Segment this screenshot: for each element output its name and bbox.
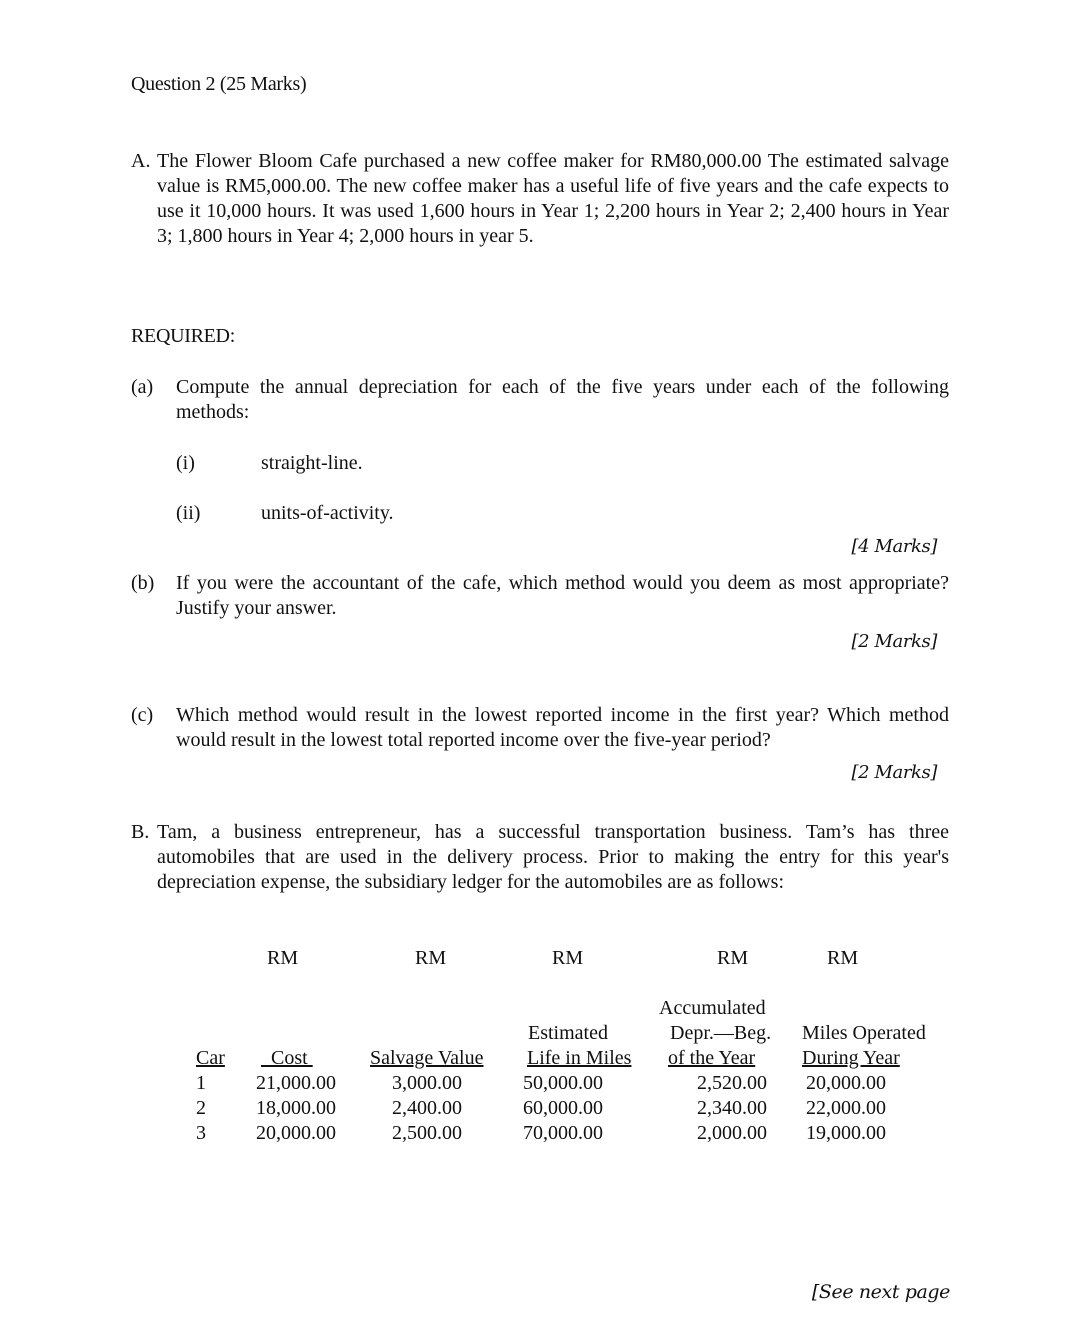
part-a-text: The Flower Bloom Cafe purchased a new co… <box>157 149 949 249</box>
table-row-2-car: 2 <box>196 1097 206 1120</box>
currency-header-life: RM <box>552 947 583 970</box>
header-life-line1: Estimated <box>528 1022 608 1045</box>
part-a-label: A. <box>131 149 150 174</box>
table-row-1-accum: 2,520.00 <box>697 1072 767 1095</box>
subitem-ii-text: units-of-activity. <box>261 502 394 525</box>
subitem-i-text: straight-line. <box>261 452 363 475</box>
currency-header-salvage: RM <box>415 947 446 970</box>
table-row-2-life: 60,000.00 <box>523 1097 603 1120</box>
part-a-paragraph: A. The Flower Bloom Cafe purchased a new… <box>131 149 949 249</box>
required-heading: REQUIRED: <box>131 325 235 348</box>
part-b-text: Tam, a business entrepreneur, has a succ… <box>157 820 949 895</box>
currency-header-cost: RM <box>267 947 298 970</box>
header-accum-line2: Depr.—Beg. <box>670 1022 771 1045</box>
table-row-3-cost: 20,000.00 <box>256 1122 336 1145</box>
header-accum-line1: Accumulated <box>659 997 766 1020</box>
question-c-text: Which method would result in the lowest … <box>176 703 949 753</box>
table-row-3-miles: 19,000.00 <box>806 1122 886 1145</box>
table-row-3-life: 70,000.00 <box>523 1122 603 1145</box>
table-row-3-accum: 2,000.00 <box>697 1122 767 1145</box>
question-c-marks: [2 Marks] <box>851 762 937 783</box>
question-title: Question 2 (25 Marks) <box>131 73 306 96</box>
header-accum-line3: of the Year <box>668 1047 755 1070</box>
table-row-1-miles: 20,000.00 <box>806 1072 886 1095</box>
question-b: (b) If you were the accountant of the ca… <box>131 571 949 621</box>
header-car: Car <box>196 1047 225 1070</box>
table-row-2-salvage: 2,400.00 <box>392 1097 462 1120</box>
subitem-i-label: (i) <box>176 452 195 475</box>
header-life-line2: Life in Miles <box>527 1047 631 1070</box>
part-b-paragraph: B. Tam, a business entrepreneur, has a s… <box>131 820 949 895</box>
header-miles-line1: Miles Operated <box>802 1022 926 1045</box>
question-b-label: (b) <box>131 571 154 596</box>
question-a: (a) Compute the annual depreciation for … <box>131 375 949 425</box>
header-miles-line2: During Year <box>802 1047 900 1070</box>
question-a-marks: [4 Marks] <box>851 536 937 557</box>
table-row-1-salvage: 3,000.00 <box>392 1072 462 1095</box>
currency-header-accum: RM <box>717 947 748 970</box>
table-row-2-accum: 2,340.00 <box>697 1097 767 1120</box>
see-next-page-footer: [See next page <box>812 1281 950 1303</box>
table-row-1-life: 50,000.00 <box>523 1072 603 1095</box>
currency-header-miles: RM <box>827 947 858 970</box>
table-row-3-salvage: 2,500.00 <box>392 1122 462 1145</box>
table-row-2-miles: 22,000.00 <box>806 1097 886 1120</box>
question-c: (c) Which method would result in the low… <box>131 703 949 753</box>
question-c-label: (c) <box>131 703 153 728</box>
table-row-1-cost: 21,000.00 <box>256 1072 336 1095</box>
subitem-ii-label: (ii) <box>176 502 200 525</box>
question-a-label: (a) <box>131 375 153 400</box>
table-row-1-car: 1 <box>196 1072 206 1095</box>
question-b-marks: [2 Marks] <box>851 631 937 652</box>
table-row-2-cost: 18,000.00 <box>256 1097 336 1120</box>
part-b-label: B. <box>131 820 149 845</box>
header-cost: Cost <box>261 1047 313 1070</box>
question-a-text: Compute the annual depreciation for each… <box>176 375 949 425</box>
question-b-text: If you were the accountant of the cafe, … <box>176 571 949 621</box>
header-salvage: Salvage Value <box>370 1047 484 1070</box>
table-row-3-car: 3 <box>196 1122 206 1145</box>
